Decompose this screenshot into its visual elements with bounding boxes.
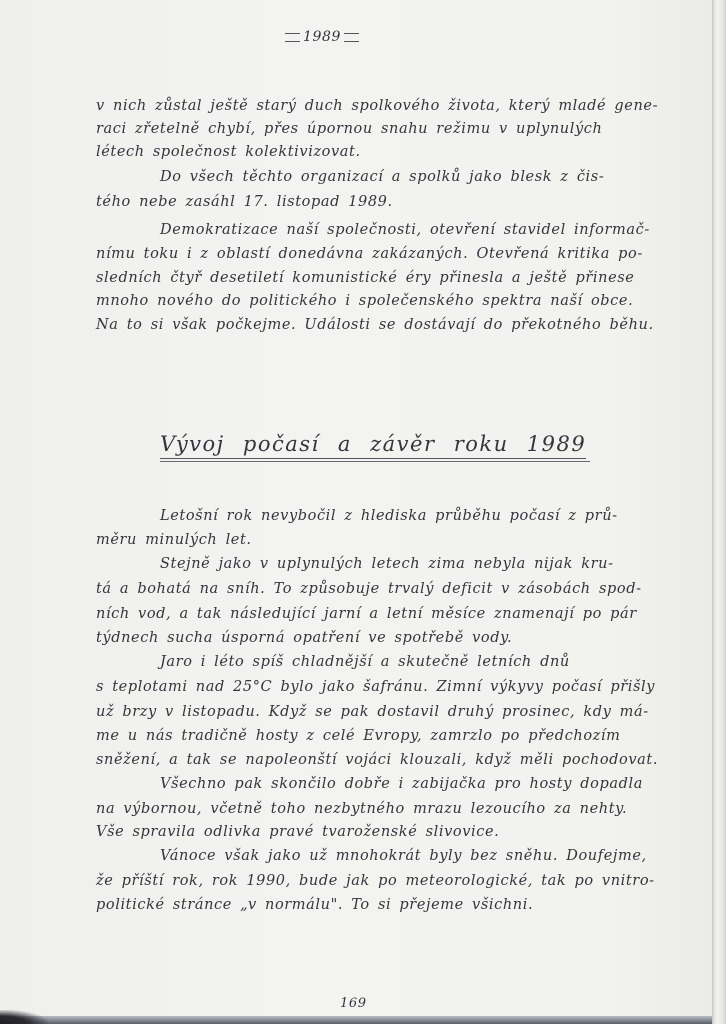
handwritten-line: Vše spravila odlivka pravé tvaroženské s… (96, 824, 499, 840)
book-spine-edge (712, 0, 726, 1024)
handwritten-line: me u nás tradičně hosty z celé Evropy, z… (96, 728, 621, 744)
handwritten-line: s teplotami nad 25°C bylo jako šafránu. … (96, 679, 655, 695)
handwritten-line: Všechno pak skončilo dobře i zabijačka p… (160, 776, 643, 792)
handwritten-line: měru minulých let. (96, 532, 252, 548)
handwritten-line: Letošní rok nevybočil z hlediska průběhu… (160, 508, 618, 524)
year-header-text: 1989 (303, 29, 341, 45)
handwritten-line: politické stránce „v normálu". To si pře… (96, 897, 533, 913)
right-decorative-lines (344, 33, 359, 42)
handwritten-line: Vánoce však jako už mnohokrát byly bez s… (160, 848, 647, 864)
handwritten-line: Do všech těchto organizací a spolků jako… (160, 169, 604, 185)
handwritten-line: že příští rok, rok 1990, bude jak po met… (96, 873, 655, 889)
handwritten-line: raci zřetelně chybí, přes úpornou snahu … (96, 121, 602, 137)
section-heading: Vývoj počasí a závěr roku 1989 (160, 432, 586, 459)
handwritten-line: Demokratizace naší společnosti, otevření… (160, 222, 650, 238)
handwritten-line: sněžení, a tak se napoleonští vojáci klo… (96, 752, 658, 768)
left-decorative-lines (285, 33, 300, 42)
handwritten-line: týdnech sucha úsporná opatření ve spotře… (96, 630, 512, 646)
handwritten-line: už brzy v listopadu. Když se pak dostavi… (96, 704, 649, 720)
handwritten-line: tého nebe zasáhl 17. listopad 1989. (96, 194, 393, 210)
handwritten-line: Jaro i léto spíš chladnější a skutečně l… (160, 654, 570, 670)
handwritten-line: v nich zůstal ještě starý duch spolkovéh… (96, 98, 658, 114)
handwritten-line: mnoho nového do politického i společensk… (96, 293, 633, 309)
handwritten-line: Na to si však počkejme. Události se dost… (96, 317, 654, 333)
handwritten-line: tá a bohatá na sníh. To způsobuje trvalý… (96, 581, 642, 597)
year-header: 1989 (282, 27, 362, 47)
notebook-page: 1989 v nich zůstal ještě starý duch spol… (0, 0, 712, 1018)
handwritten-line: sledních čtyř desetiletí komunistické ér… (96, 270, 635, 286)
scan-bottom-shadow (0, 1016, 712, 1024)
handwritten-line: na výbornou, včetně toho nezbytného mraz… (96, 801, 627, 817)
handwritten-line: nímu toku i z oblastí donedávna zakázaný… (96, 246, 643, 262)
page-number: 169 (340, 996, 367, 1011)
handwritten-line: létech společnost kolektivizovat. (96, 144, 361, 160)
handwritten-line: ních vod, a tak následující jarní a letn… (96, 606, 637, 622)
scan-corner-shadow (0, 1010, 48, 1024)
handwritten-line: Stejně jako v uplynulých letech zima neb… (160, 556, 614, 572)
